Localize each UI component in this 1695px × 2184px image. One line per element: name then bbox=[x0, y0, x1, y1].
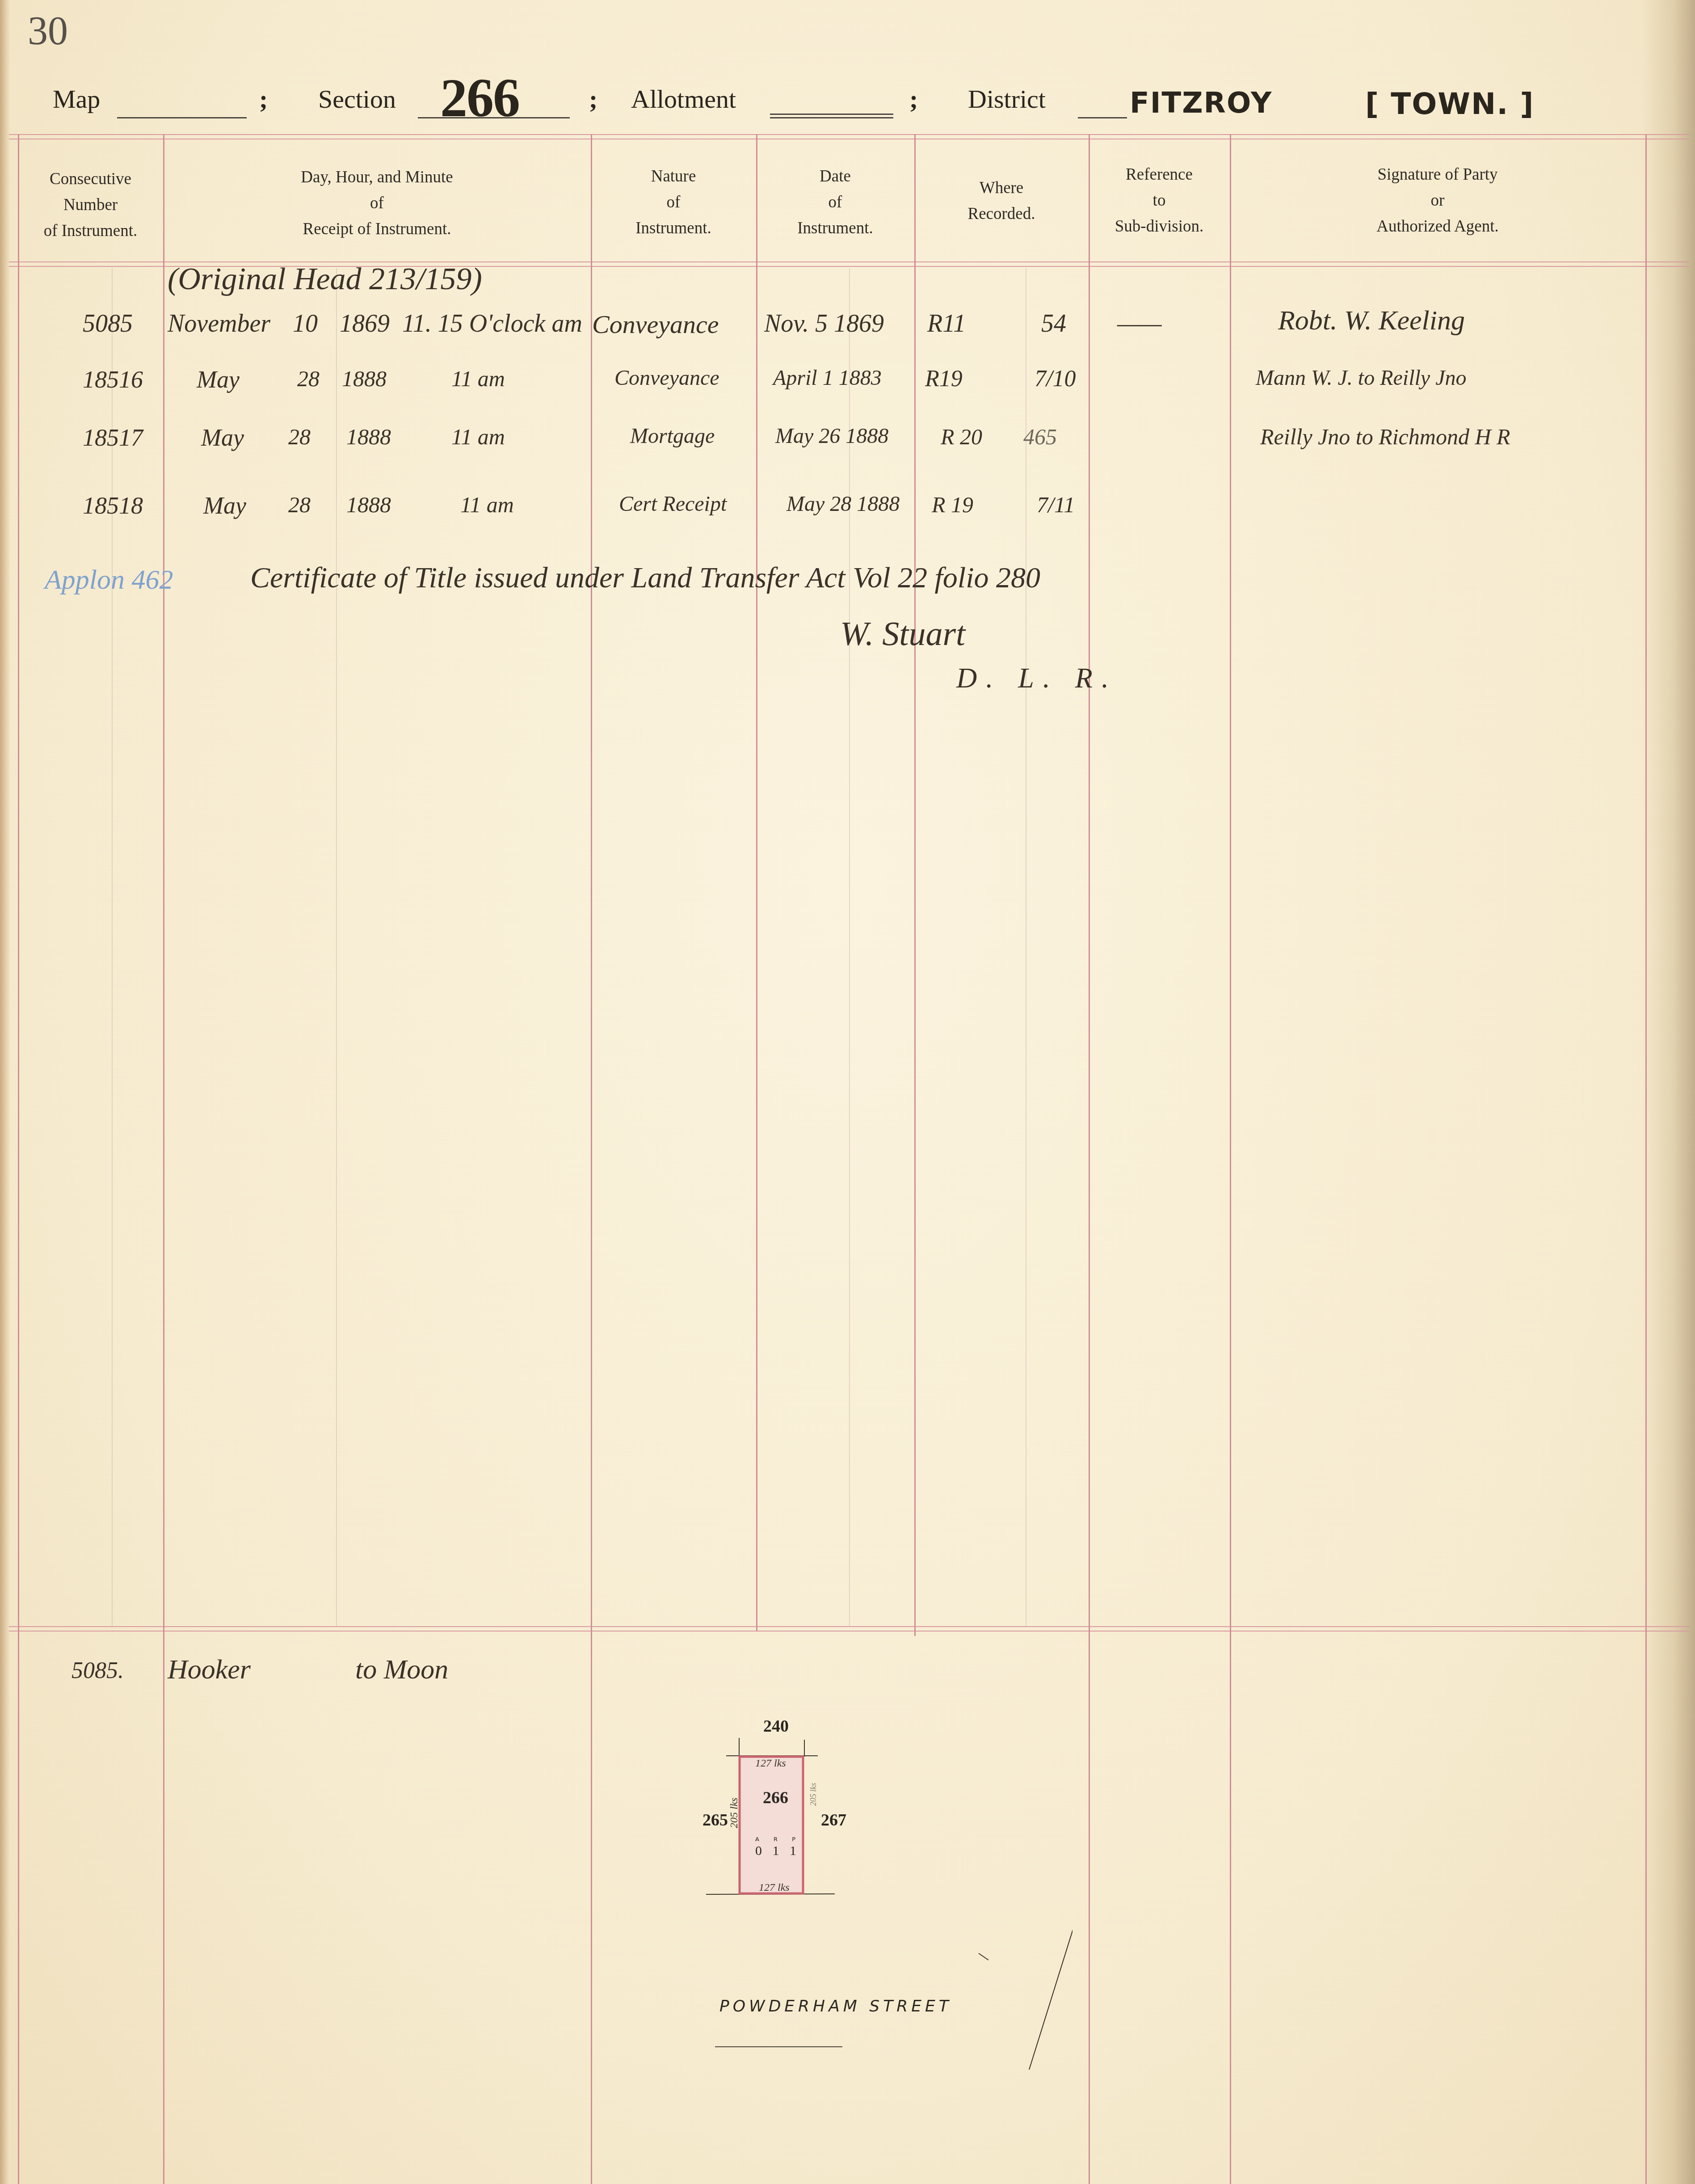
separator: ; bbox=[259, 84, 268, 114]
entry-month: November bbox=[168, 309, 270, 338]
entry-nature: Mortgage bbox=[630, 424, 715, 448]
entry-page: 54 bbox=[1041, 309, 1066, 338]
entry-day: 28 bbox=[288, 492, 311, 518]
entry-day: 28 bbox=[288, 424, 311, 450]
district-label: District bbox=[968, 84, 1046, 114]
entry-number: 18516 bbox=[83, 366, 143, 393]
column-header-signature: Signature of Party or Authorized Agent. bbox=[1230, 162, 1645, 240]
separator: ; bbox=[909, 84, 918, 114]
entry-date: April 1 1883 bbox=[773, 366, 882, 390]
entry-date: May 26 1888 bbox=[775, 424, 888, 448]
allotment-label: Allotment bbox=[631, 84, 736, 114]
header-line: Instrument. bbox=[756, 215, 914, 241]
column-header-nature: Nature of Instrument. bbox=[591, 164, 756, 241]
plan-lines bbox=[670, 1699, 1073, 2101]
header-line: Consecutive bbox=[18, 166, 163, 192]
right-margin-rule bbox=[1645, 134, 1647, 2184]
column-rule bbox=[591, 134, 592, 2184]
column-rule bbox=[163, 134, 164, 2184]
map-field-underline bbox=[117, 117, 247, 118]
header-line: to bbox=[1089, 188, 1230, 214]
plan-bottom-dimension: 127 lks bbox=[759, 1882, 790, 1894]
column-rule bbox=[1230, 134, 1231, 2184]
area-header-acres: A bbox=[755, 1836, 759, 1843]
plan-allotment-number: 266 bbox=[763, 1788, 788, 1808]
plan-top-dimension: 127 lks bbox=[755, 1758, 786, 1770]
entry-time: 11 am bbox=[451, 366, 505, 392]
plan-east-number: 267 bbox=[821, 1810, 846, 1830]
district-type: [ TOWN. ] bbox=[1365, 87, 1535, 121]
entry-year: 1888 bbox=[346, 492, 391, 518]
entry-day: 28 bbox=[297, 366, 320, 392]
entry-year: 1869 bbox=[340, 309, 390, 338]
entry-year: 1888 bbox=[342, 366, 387, 392]
plan-west-number: 265 bbox=[702, 1810, 728, 1830]
entry-date: May 28 1888 bbox=[787, 492, 900, 516]
plan-left-dimension: 205 lks bbox=[728, 1797, 740, 1828]
column-rule bbox=[914, 134, 916, 1636]
allotment-plan: 240 265 267 266 127 lks 127 lks 205 lks … bbox=[670, 1699, 1073, 2101]
plan-area-values: 0 1 1 bbox=[755, 1843, 796, 1859]
faint-rule bbox=[336, 268, 337, 1627]
entry-month: May bbox=[201, 424, 244, 451]
faint-rule bbox=[849, 268, 850, 1627]
header-line: Nature bbox=[591, 164, 756, 190]
header-line: Authorized Agent. bbox=[1230, 214, 1645, 240]
entry-number: 18517 bbox=[83, 424, 143, 451]
entry-book: R 20 bbox=[941, 424, 982, 450]
entry-time: 11 am bbox=[451, 424, 505, 450]
entry-nature: Cert Receipt bbox=[619, 492, 727, 516]
header-line: Sub-division. bbox=[1089, 214, 1230, 240]
area-header-roods: R bbox=[774, 1836, 778, 1843]
header-line: of bbox=[756, 190, 914, 215]
header-line: Where bbox=[914, 175, 1089, 201]
entry-page: 465 bbox=[1023, 424, 1057, 450]
title-row: Map ; Section 266 ; Allotment ; District… bbox=[0, 67, 1695, 125]
lower-parties-to: to Moon bbox=[355, 1654, 448, 1686]
entry-signature: Reilly Jno to Richmond H R bbox=[1260, 424, 1510, 450]
application-note: Applon 462 bbox=[45, 564, 173, 596]
plan-right-dimension: 205 lks bbox=[809, 1783, 818, 1806]
header-line: Day, Hour, and Minute bbox=[163, 164, 591, 190]
book-spine bbox=[0, 0, 10, 2184]
header-line: Number bbox=[18, 192, 163, 218]
separator: ; bbox=[589, 84, 597, 114]
entry-page: 7/11 bbox=[1037, 492, 1075, 518]
entry-nature: Conveyance bbox=[592, 309, 719, 339]
lower-entry-number: 5085. bbox=[72, 1657, 124, 1684]
header-line: Reference bbox=[1089, 162, 1230, 188]
entry-nature: Conveyance bbox=[614, 366, 719, 390]
area-roods: 1 bbox=[773, 1843, 779, 1859]
area-acres: 0 bbox=[755, 1843, 762, 1859]
faint-rule bbox=[1026, 268, 1026, 1627]
section-divider-rule-2 bbox=[9, 1631, 1689, 1632]
column-rule bbox=[756, 134, 757, 1632]
entry-reference: —— bbox=[1117, 309, 1162, 338]
certifier-title: D. L. R. bbox=[956, 662, 1118, 695]
column-header-where: Where Recorded. bbox=[914, 175, 1089, 227]
column-header-date: Date of Instrument. bbox=[756, 164, 914, 241]
street-line bbox=[715, 2046, 842, 2047]
header-line: Receipt of Instrument. bbox=[163, 216, 591, 242]
entry-year: 1888 bbox=[346, 424, 391, 450]
entry-page: 7/10 bbox=[1035, 366, 1076, 392]
column-rule bbox=[1089, 134, 1090, 2184]
area-header-perches: P bbox=[792, 1836, 795, 1843]
column-header-number: Consecutive Number of Instrument. bbox=[18, 166, 163, 244]
allotment-field-underline-2 bbox=[770, 114, 893, 115]
area-perches: 1 bbox=[790, 1843, 796, 1859]
header-top-rule-2 bbox=[9, 139, 1689, 139]
map-label: Map bbox=[53, 84, 100, 114]
header-line: of Instrument. bbox=[18, 218, 163, 244]
column-header-receipt: Day, Hour, and Minute of Receipt of Inst… bbox=[163, 164, 591, 242]
header-line: of bbox=[591, 190, 756, 215]
lower-parties-from: Hooker bbox=[168, 1654, 251, 1686]
district-value: FITZROY bbox=[1130, 87, 1272, 120]
header-top-rule bbox=[9, 134, 1689, 135]
page-number: 30 bbox=[28, 8, 68, 54]
plan-north-number: 240 bbox=[763, 1716, 789, 1736]
allotment-field-underline bbox=[770, 117, 893, 118]
ledger-page: 30 Map ; Section 266 ; Allotment ; Distr… bbox=[0, 0, 1695, 2184]
entry-time: 11 am bbox=[460, 492, 514, 518]
entry-time: 11. 15 O'clock am bbox=[402, 309, 582, 338]
column-header-reference: Reference to Sub-division. bbox=[1089, 162, 1230, 240]
header-line: Date bbox=[756, 164, 914, 190]
entry-number: 18518 bbox=[83, 492, 143, 519]
entry-number: 5085 bbox=[83, 309, 133, 338]
plan-area-headers: A R P bbox=[755, 1836, 795, 1843]
section-value: 266 bbox=[440, 67, 519, 130]
district-field-underline bbox=[1078, 117, 1127, 118]
entry-book: R11 bbox=[927, 309, 966, 338]
section-label: Section bbox=[318, 84, 396, 114]
entry-month: May bbox=[203, 492, 246, 519]
entry-book: R 19 bbox=[932, 492, 973, 518]
header-line: Instrument. bbox=[591, 215, 756, 241]
entry-day: 10 bbox=[293, 309, 318, 338]
page-curl-shadow bbox=[1641, 0, 1695, 2184]
header-line: Signature of Party bbox=[1230, 162, 1645, 188]
original-head-note: (Original Head 213/159) bbox=[168, 261, 482, 297]
entry-month: May bbox=[197, 366, 240, 393]
certifier-signature: W. Stuart bbox=[840, 615, 965, 654]
entry-signature: Mann W. J. to Reilly Jno bbox=[1256, 366, 1466, 390]
entry-date: Nov. 5 1869 bbox=[764, 309, 884, 338]
left-margin-rule bbox=[18, 134, 19, 2184]
header-line: Recorded. bbox=[914, 201, 1089, 227]
entry-book: R19 bbox=[925, 366, 963, 392]
street-name: POWDERHAM STREET bbox=[719, 1997, 952, 2015]
entry-signature: Robt. W. Keeling bbox=[1278, 305, 1465, 337]
header-line: or bbox=[1230, 188, 1645, 214]
header-line: of bbox=[163, 190, 591, 216]
faint-rule bbox=[112, 268, 113, 1627]
certificate-text: Certificate of Title issued under Land T… bbox=[250, 561, 1040, 595]
